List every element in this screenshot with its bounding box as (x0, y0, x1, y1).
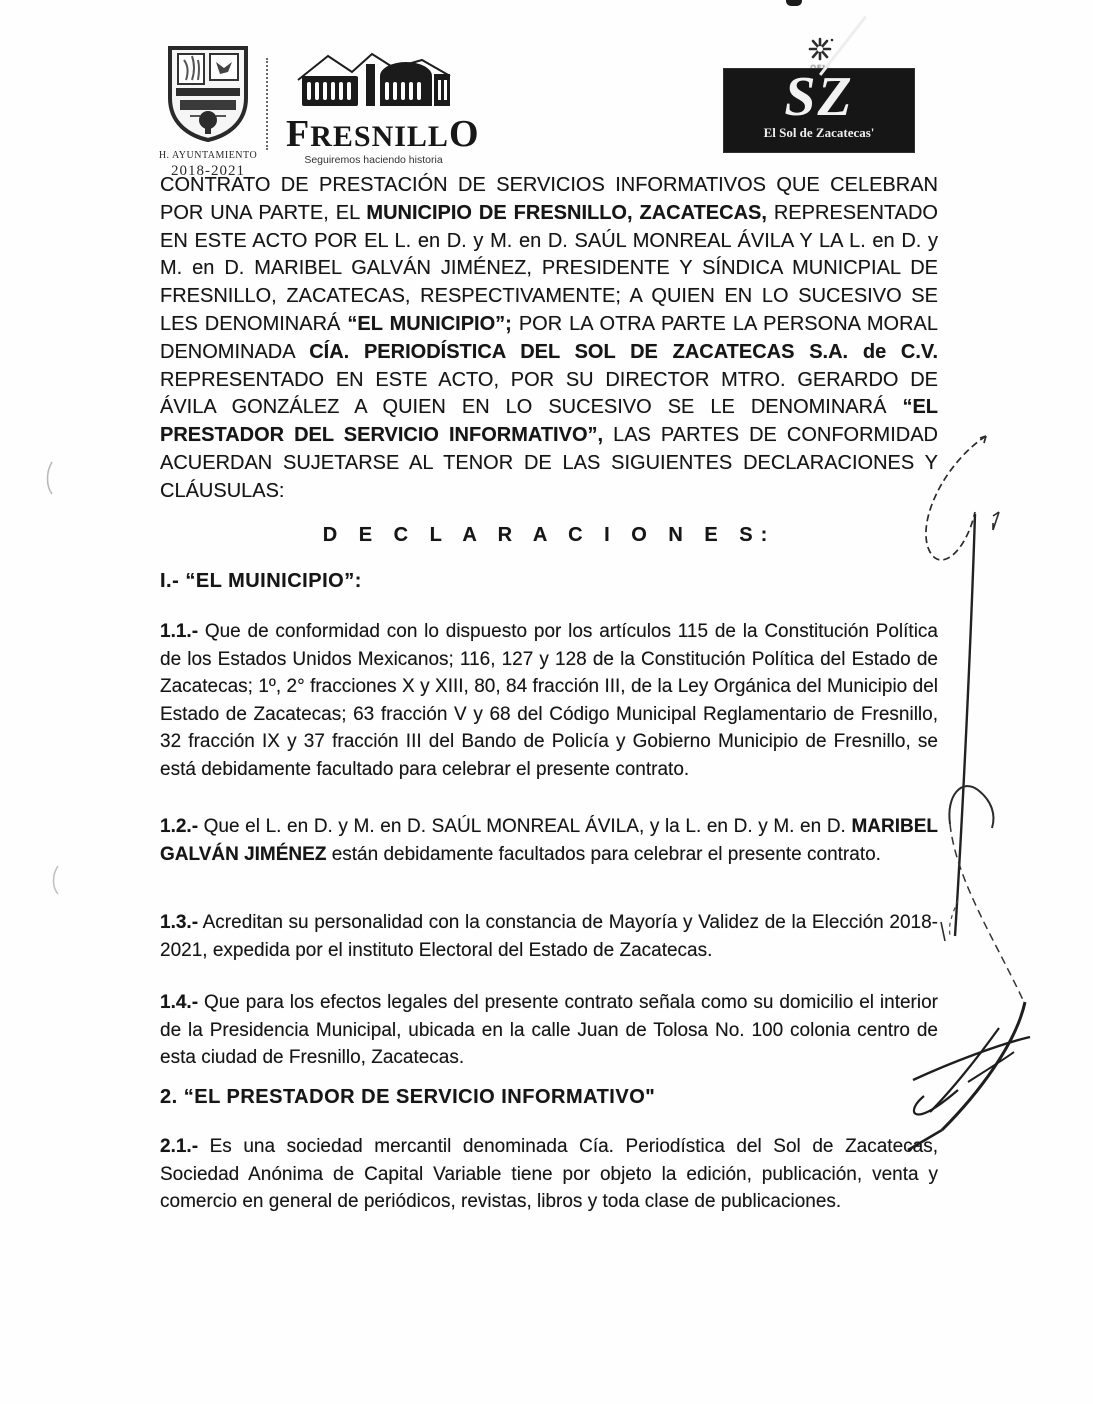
signature-hook (949, 786, 993, 828)
margin-mark-2 (54, 866, 59, 894)
scan-artifact-top (786, 0, 802, 6)
text-segment: Es una sociedad mercantil denominada Cía… (160, 1136, 938, 1212)
clause-1-4: 1.4.- Que para los efectos legales del p… (160, 989, 938, 1072)
signature-faint-hook (949, 900, 958, 935)
fresnillo-logo: FRESNILLO Seguiremos haciendo historia (286, 50, 461, 166)
contract-opening-paragraph: CONTRATO DE PRESTACIÓN DE SERVICIOS INFO… (160, 172, 938, 506)
document-header: H. AYUNTAMIENTO 2018-2021 (0, 0, 1093, 170)
bold-text-segment: CÍA. PERIODÍSTICA DEL SOL DE ZACATECAS S… (309, 341, 938, 363)
fresnillo-wordmark: FRESNILLO (286, 115, 461, 153)
fresnillo-skyline-icon (294, 50, 454, 108)
signature-tick (941, 922, 945, 941)
clause-1-3: 1.3.- Acreditan su personalidad con la c… (160, 909, 938, 964)
coat-of-arms-icon (160, 42, 256, 144)
bold-text-segment: “EL MUNICIPIO”; (347, 313, 511, 335)
fresnillo-tagline: Seguiremos haciendo historia (286, 154, 461, 166)
fresnillo-initial: F (286, 113, 310, 155)
bold-text-segment: 1.1.- (160, 621, 198, 642)
signature-small-arrow (993, 512, 999, 530)
section-2-heading: 2. “EL PRESTADOR DE SERVICIO INFORMATIVO… (160, 1086, 938, 1109)
signature-long-stroke (955, 514, 975, 936)
crest-label-line1: H. AYUNTAMIENTO (158, 151, 258, 162)
ayuntamiento-crest: H. AYUNTAMIENTO 2018-2021 (158, 42, 258, 179)
text-segment: están debidamente facultados para celebr… (326, 844, 881, 865)
text-segment: Que para los efectos legales del present… (160, 992, 938, 1068)
declaraciones-title: D E C L A R A C I O N E S: (160, 524, 938, 547)
bold-text-segment: 1.4.- (160, 992, 198, 1013)
bold-text-segment: 1.2.- (160, 816, 198, 837)
section-1-heading: I.- “EL MUINICIPIO”: (160, 570, 938, 593)
signature-arrow-tip (980, 436, 986, 443)
text-segment: Que de conformidad con lo dispuesto por … (160, 621, 938, 780)
fresnillo-final: O (449, 113, 480, 155)
sz-initials: SZ (723, 68, 915, 126)
clause-2-1: 2.1.- Es una sociedad mercantil denomina… (160, 1133, 938, 1216)
clause-1-1: 1.1.- Que de conformidad con lo dispuest… (160, 618, 938, 784)
sz-caption: El Sol de Zacatecas' (723, 125, 915, 141)
margin-mark-1 (48, 462, 53, 494)
fresnillo-mid: RESNILL (310, 120, 449, 153)
text-segment: REPRESENTADO EN ESTE ACTO, POR SU DIRECT… (160, 369, 938, 419)
signature-dashed-descent (950, 824, 1023, 1000)
sol-de-zacatecas-logo: SZ El Sol de Zacatecas' (723, 68, 915, 153)
clause-1-2: 1.2.- Que el L. en D. y M. en D. SAÚL MO… (160, 813, 938, 868)
text-segment: Acreditan su personalidad con la constan… (160, 912, 938, 961)
sz-letters: SZ (784, 66, 853, 128)
bold-text-segment: 1.3.- (160, 912, 198, 933)
header-divider (266, 58, 268, 150)
text-segment: Que el L. en D. y M. en D. SAÚL MONREAL … (198, 816, 851, 837)
contract-page: H. AYUNTAMIENTO 2018-2021 (0, 0, 1093, 1404)
bold-text-segment: 2.1.- (160, 1136, 198, 1157)
bold-text-segment: MUNICIPIO DE FRESNILLO, ZACATECAS, (366, 202, 767, 224)
